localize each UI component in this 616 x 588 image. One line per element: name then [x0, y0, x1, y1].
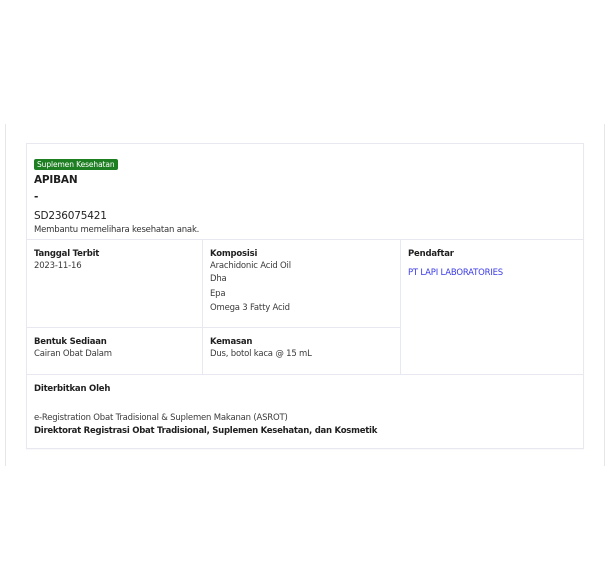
- registrant-label: Pendaftar: [408, 248, 576, 260]
- product-subtitle: -: [34, 190, 583, 204]
- composition-cell: Komposisi Arachidonic Acid Oil Dha Epa O…: [203, 240, 401, 328]
- issue-date-value: 2023-11-16: [34, 260, 195, 272]
- composition-item: Dha: [210, 272, 393, 287]
- composition-item: Arachidonic Acid Oil: [210, 260, 393, 272]
- issue-date-cell: Tanggal Terbit 2023-11-16: [27, 240, 203, 328]
- packaging-value: Dus, botol kaca @ 15 mL: [210, 348, 393, 360]
- dosage-form-value: Cairan Obat Dalam: [34, 348, 195, 360]
- issued-by-label: Diterbitkan Oleh: [34, 383, 576, 395]
- category-badge: Suplemen Kesehatan: [34, 159, 118, 170]
- registration-number: SD236075421: [34, 209, 583, 223]
- issuing-system: e-Registration Obat Tradisional & Suplem…: [34, 412, 576, 424]
- composition-item: Omega 3 Fatty Acid: [210, 301, 393, 316]
- product-detail-card: Suplemen Kesehatan APIBAN - SD236075421 …: [26, 143, 584, 449]
- packaging-label: Kemasan: [210, 336, 393, 348]
- packaging-cell: Kemasan Dus, botol kaca @ 15 mL: [203, 328, 401, 374]
- issuing-directorate: Direktorat Registrasi Obat Tradisional, …: [34, 425, 576, 437]
- issue-date-label: Tanggal Terbit: [34, 248, 195, 260]
- dosage-form-cell: Bentuk Sediaan Cairan Obat Dalam: [27, 328, 203, 374]
- composition-item: Epa: [210, 287, 393, 302]
- product-description: Membantu memelihara kesehatan anak.: [34, 224, 583, 236]
- registrant-cell: Pendaftar PT LAPI LABORATORIES: [401, 240, 583, 374]
- product-header: Suplemen Kesehatan APIBAN - SD236075421 …: [27, 144, 583, 240]
- registrant-link[interactable]: PT LAPI LABORATORIES: [408, 268, 503, 278]
- product-name: APIBAN: [34, 173, 583, 187]
- issued-by-section: Diterbitkan Oleh e-Registration Obat Tra…: [27, 374, 583, 448]
- composition-label: Komposisi: [210, 248, 393, 260]
- dosage-form-label: Bentuk Sediaan: [34, 336, 195, 348]
